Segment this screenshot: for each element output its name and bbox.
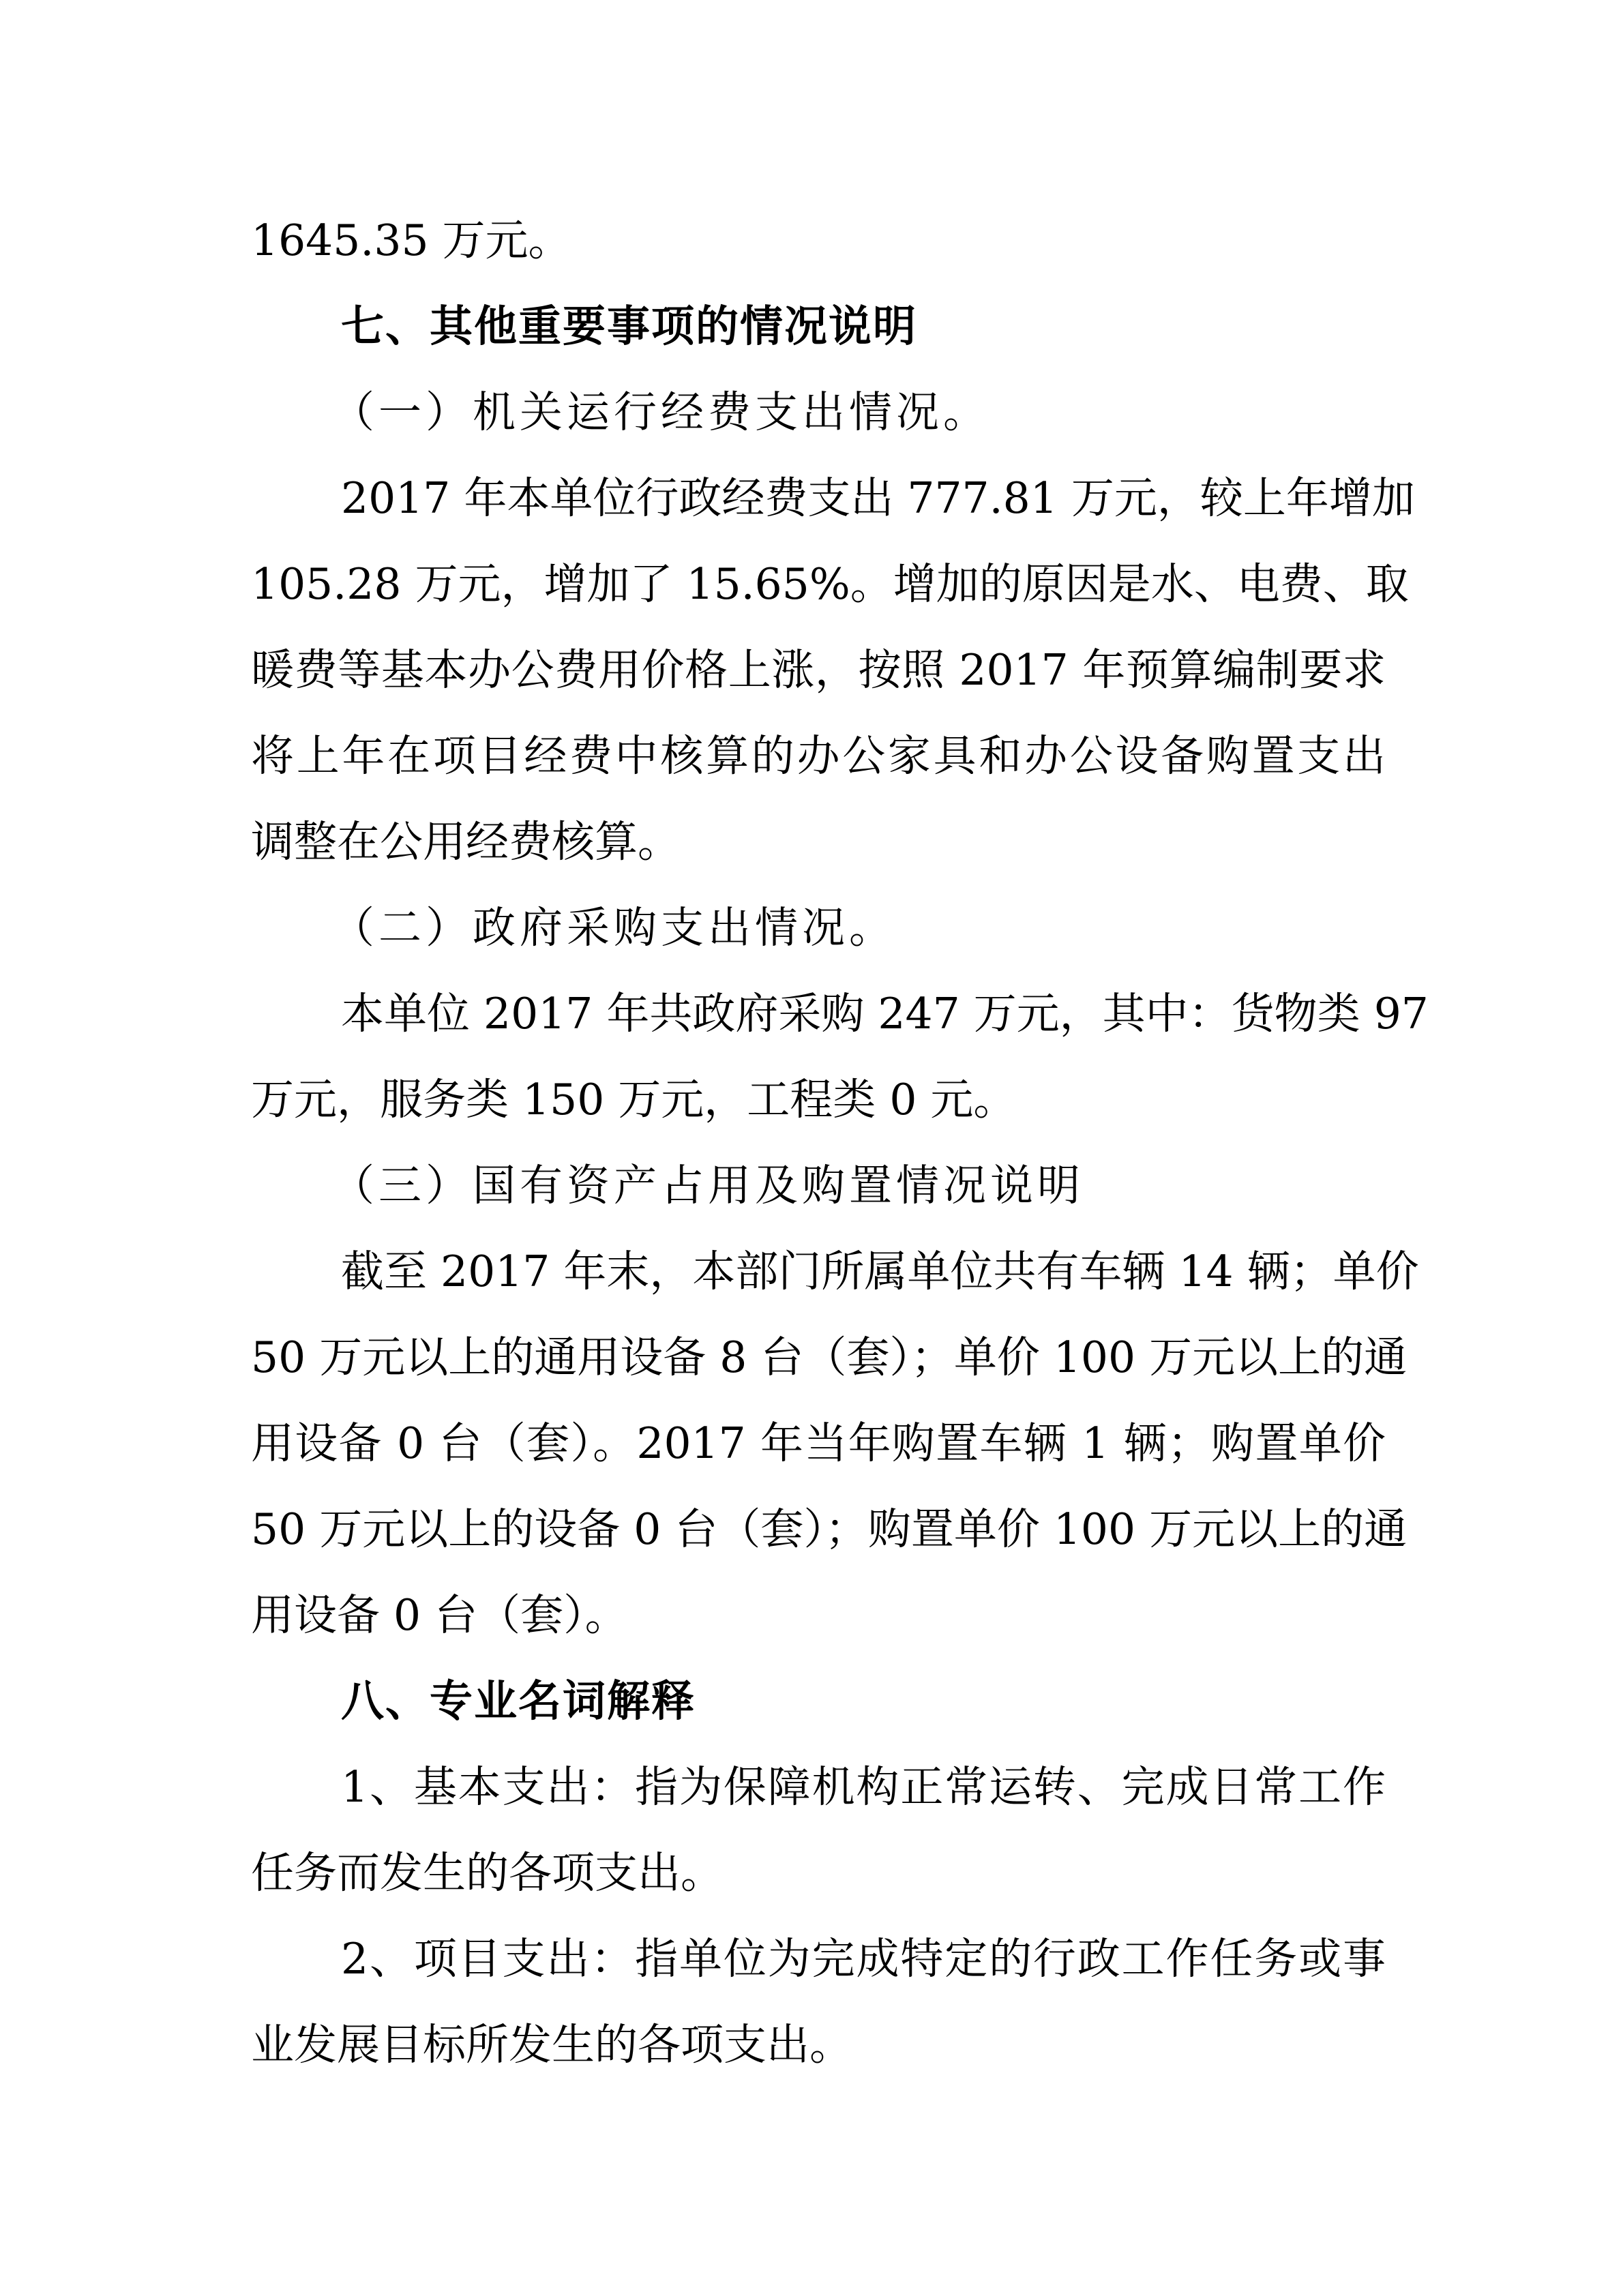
text-line: 用设备 0 台（套）。2017 年当年购置车辆 1 辆；购置单价 — [251, 1401, 1386, 1487]
text-line: 1645.35 万元。 — [251, 198, 1386, 284]
text-line: 本单位 2017 年共政府采购 247 万元，其中：货物类 97 — [251, 971, 1386, 1057]
text-line: 将上年在项目经费中核算的办公家具和办公设备购置支出 — [251, 713, 1386, 799]
text-line: 业发展目标所发生的各项支出。 — [251, 2002, 1386, 2088]
text-line: 任务而发生的各项支出。 — [251, 1830, 1386, 1916]
text-line: 用设备 0 台（套）。 — [251, 1572, 1386, 1658]
section-heading: 八、专业名词解释 — [251, 1658, 1386, 1744]
text-line: 2017 年本单位行政经费支出 777.81 万元，较上年增加 — [251, 456, 1386, 541]
section-7: 七、其他重要事项的情况说明 （一）机关运行经费支出情况。 2017 年本单位行政… — [251, 284, 1386, 1658]
text-line: 1、基本支出：指为保障机构正常运转、完成日常工作 — [251, 1744, 1386, 1830]
section-heading: 七、其他重要事项的情况说明 — [251, 284, 1386, 370]
definition-project-expenditure: 2、项目支出：指单位为完成特定的行政工作任务或事 业发展目标所发生的各项支出。 — [251, 1916, 1386, 2088]
section-8: 八、专业名词解释 1、基本支出：指为保障机构正常运转、完成日常工作 任务而发生的… — [251, 1658, 1386, 2088]
text-line: 50 万元以上的设备 0 台（套）；购置单价 100 万元以上的通 — [251, 1487, 1386, 1572]
paragraph-assets: 截至 2017 年末，本部门所属单位共有车辆 14 辆；单价 50 万元以上的通… — [251, 1229, 1386, 1658]
subsection-title: （二）政府采购支出情况。 — [251, 885, 1386, 971]
text-line: 50 万元以上的通用设备 8 台（套）；单价 100 万元以上的通 — [251, 1315, 1386, 1401]
continuation-paragraph: 1645.35 万元。 — [251, 198, 1386, 284]
subsection-title: （一）机关运行经费支出情况。 — [251, 370, 1386, 456]
text-line: 2、项目支出：指单位为完成特定的行政工作任务或事 — [251, 1916, 1386, 2002]
subsection-title: （三）国有资产占用及购置情况说明 — [251, 1143, 1386, 1229]
text-line: 105.28 万元，增加了 15.65%。增加的原因是水、电费、取 — [251, 541, 1386, 627]
document-page: 1645.35 万元。 七、其他重要事项的情况说明 （一）机关运行经费支出情况。… — [251, 198, 1386, 2088]
text-line: 万元，服务类 150 万元，工程类 0 元。 — [251, 1057, 1386, 1143]
text-line: 截至 2017 年末，本部门所属单位共有车辆 14 辆；单价 — [251, 1229, 1386, 1315]
paragraph-procurement: 本单位 2017 年共政府采购 247 万元，其中：货物类 97 万元，服务类 … — [251, 971, 1386, 1143]
definition-basic-expenditure: 1、基本支出：指为保障机构正常运转、完成日常工作 任务而发生的各项支出。 — [251, 1744, 1386, 1916]
paragraph-admin-expenses: 2017 年本单位行政经费支出 777.81 万元，较上年增加 105.28 万… — [251, 456, 1386, 885]
text-line: 调整在公用经费核算。 — [251, 799, 1386, 885]
text-line: 暖费等基本办公费用价格上涨，按照 2017 年预算编制要求 — [251, 627, 1386, 713]
